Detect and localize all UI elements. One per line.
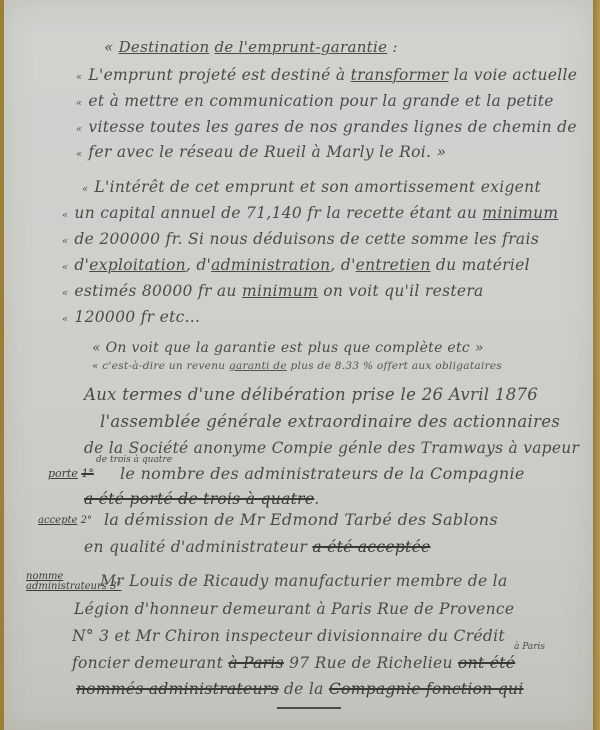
delib-line-5: a été porté de trois à quatre. xyxy=(84,490,320,508)
heading: « Destination de l'emprunt-garantie : xyxy=(104,38,398,56)
heading-suffix: : xyxy=(392,38,397,56)
para2-line-2: «un capital annuel de 71,140 fr la recet… xyxy=(62,204,558,222)
delib-line-11: foncier demeurant à Paris 97 Rue de Rich… xyxy=(72,654,515,672)
para1-line-2: «et à mettre en communication pour la gr… xyxy=(76,92,554,110)
backing-edge-right xyxy=(593,0,600,730)
para2-line-5: «estimés 80000 fr au minimum on voit qu'… xyxy=(62,282,484,300)
para2-line-6: «120000 fr etc... xyxy=(62,308,200,326)
para3-line-2: « c'est-à-dire un revenu garanti de plus… xyxy=(92,360,502,372)
delib-line-12: nommés administrateurs de la Compagnie f… xyxy=(76,680,524,698)
heading-prefix: « xyxy=(104,38,113,56)
para3-line-1: « On voit que la garantie est plus que c… xyxy=(92,340,484,356)
heading-part-1: Destination xyxy=(119,38,210,56)
interline-a-paris: à Paris xyxy=(514,642,545,652)
manuscript-page: « Destination de l'emprunt-garantie : «L… xyxy=(4,0,593,730)
delib-line-10: N° 3 et Mr Chiron inspecteur divisionnai… xyxy=(72,627,505,645)
delib-line-1: Aux termes d'une délibération prise le 2… xyxy=(84,385,538,404)
para1-line-3: «vitesse toutes les gares de nos grandes… xyxy=(76,118,577,136)
delib-line-7: en qualité d'administrateur a été accept… xyxy=(84,538,431,556)
closing-rule xyxy=(277,707,341,709)
para2-line-4: «d'exploitation, d'administration, d'ent… xyxy=(62,256,530,274)
para2-line-1: «L'intérêt de cet emprunt et son amortis… xyxy=(82,178,541,196)
margin-note-accepte: accepte 2° xyxy=(38,515,92,526)
margin-note-porte: porte 1° xyxy=(48,467,94,480)
para2-line-3: «de 200000 fr. Si nous déduisons de cett… xyxy=(62,230,539,248)
delib-line-9: Légion d'honneur demeurant à Paris Rue d… xyxy=(74,600,514,618)
delib-line-6: la démission de Mr Edmond Tarbé des Sabl… xyxy=(104,510,498,529)
delib-line-4: le nombre des administrateurs de la Comp… xyxy=(120,464,525,483)
para1-line-4: «fer avec le réseau de Rueil à Marly le … xyxy=(76,143,446,161)
delib-line-8: Mr Louis de Ricaudy manufacturier membre… xyxy=(100,572,507,590)
para1-line-1: «L'emprunt projeté est destiné à transfo… xyxy=(76,66,577,84)
heading-part-2: de l'emprunt-garantie xyxy=(215,38,388,56)
delib-line-2: l'assemblée générale extraordinaire des … xyxy=(100,412,560,431)
